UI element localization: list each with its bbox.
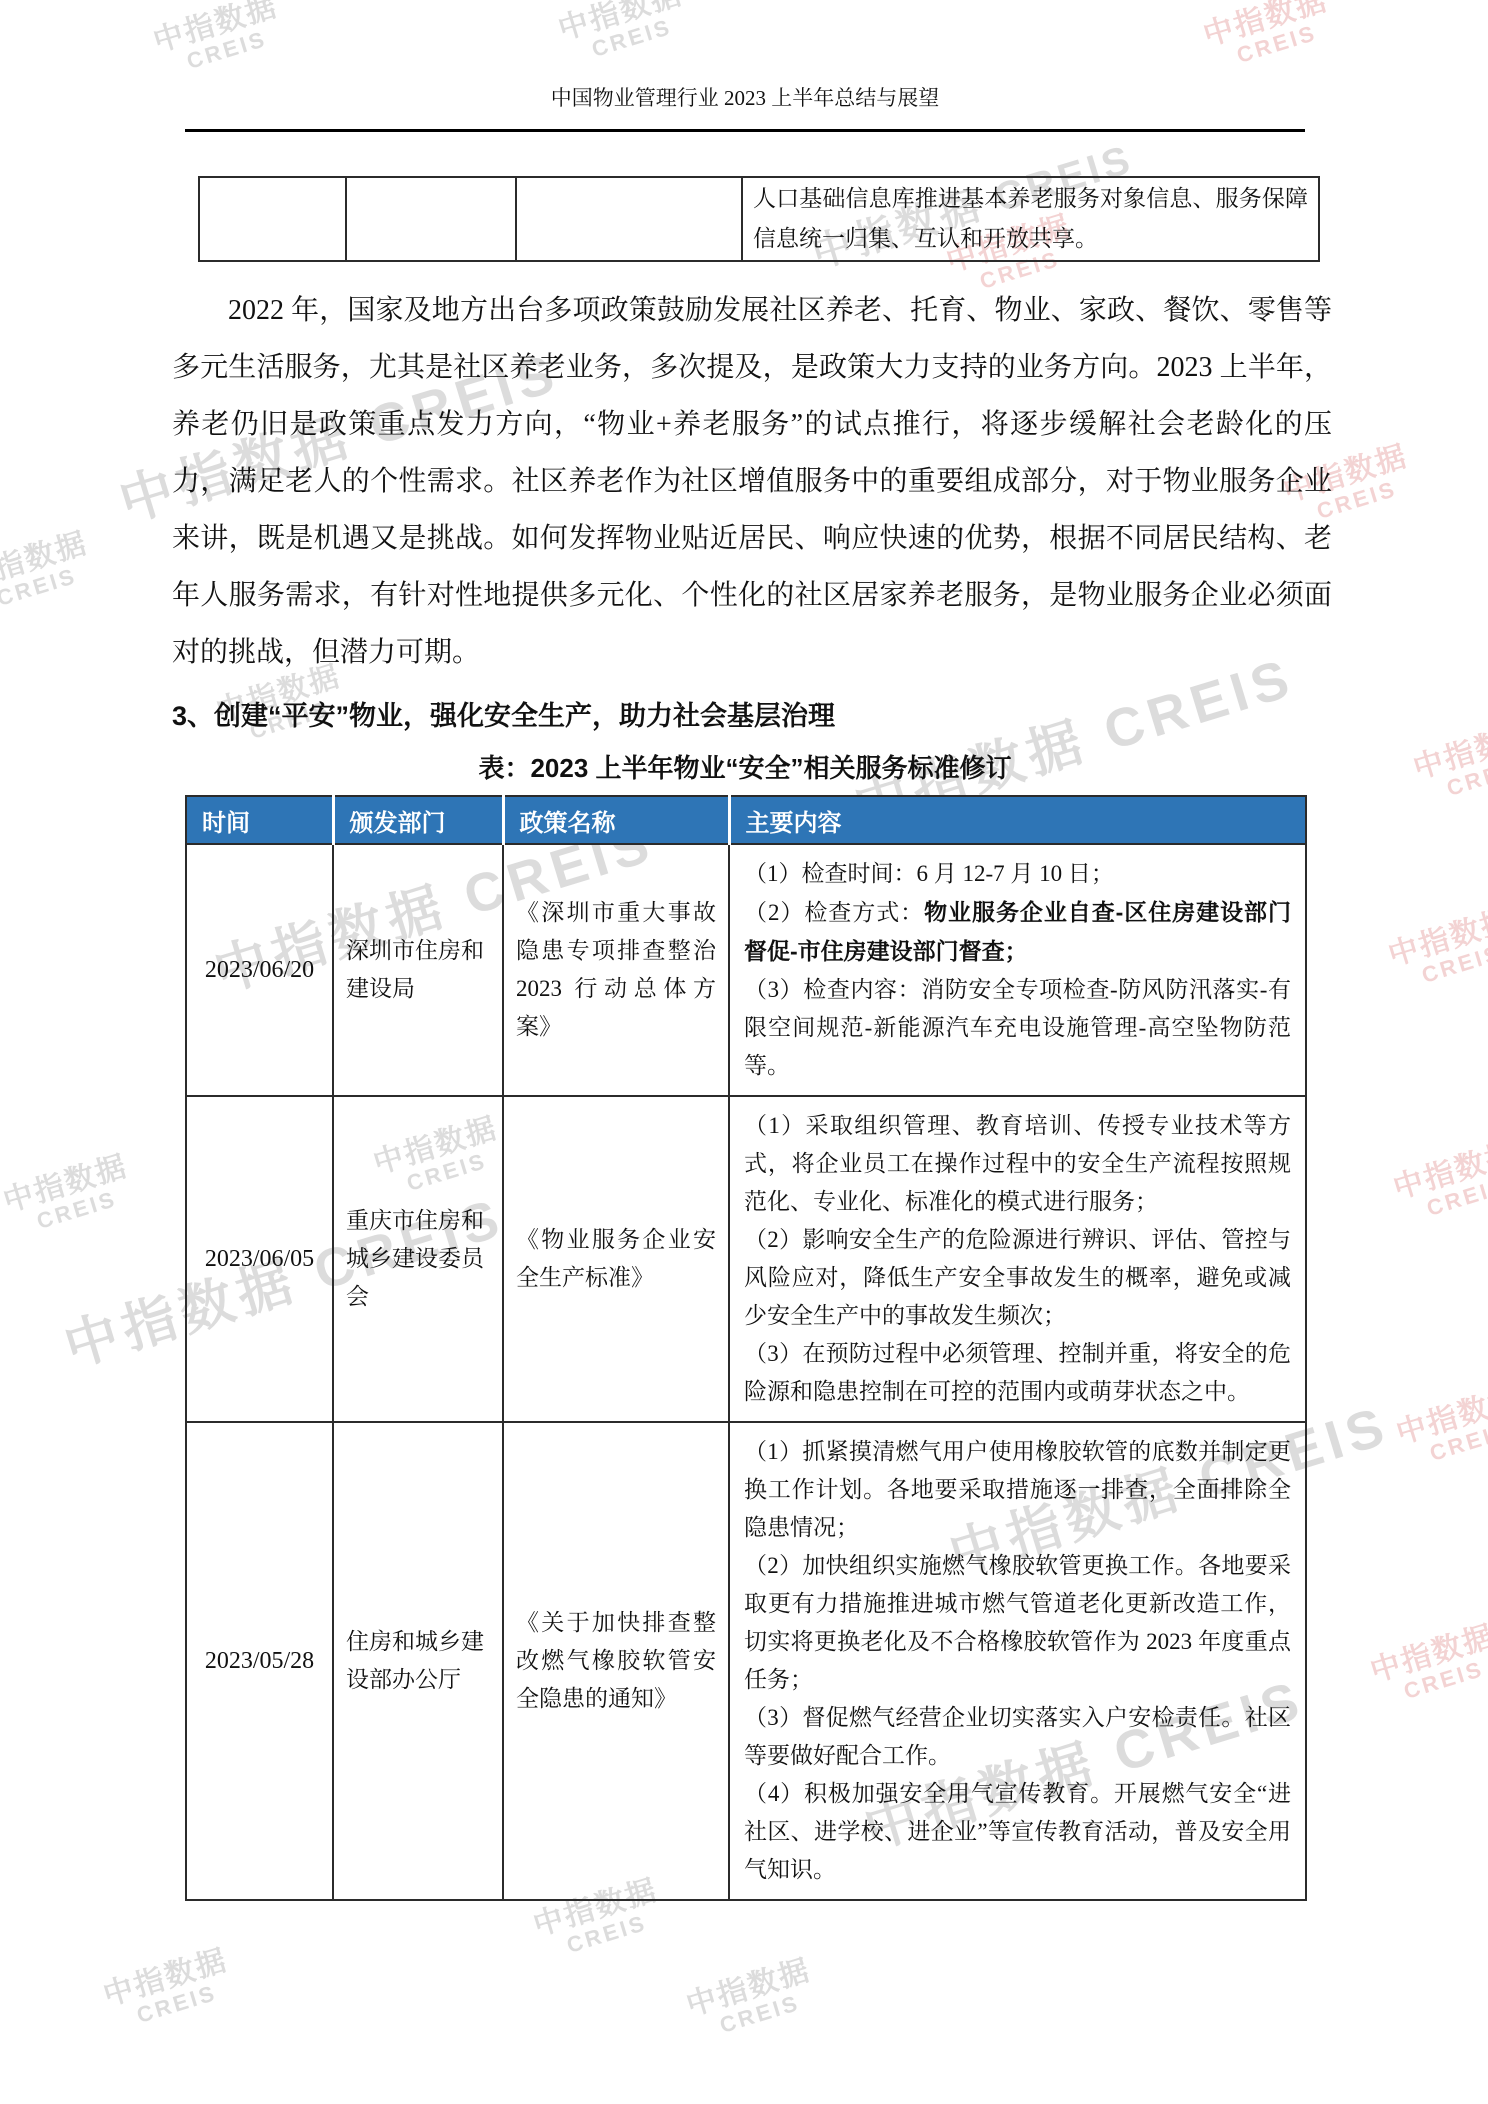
- policy-content-paragraph: （3）在预防过程中必须管理、控制并重，将安全的危险源和隐患控制在可控的范围内或萌…: [744, 1335, 1291, 1411]
- creis-watermark: 中指数据CREIS: [1393, 1382, 1488, 1472]
- creis-watermark: 中指数据CREIS: [1390, 1137, 1488, 1227]
- policy-table-header-row: 时间 颁发部门 政策名称 主要内容: [186, 796, 1306, 844]
- page-header-title: 中国物业管理行业 2023 上半年总结与展望: [185, 82, 1305, 112]
- policy-content-paragraph: （2）检查方式：物业服务企业自查-区住房建设部门督促-市住房建设部门督查；: [744, 893, 1291, 971]
- column-header-content: 主要内容: [729, 796, 1306, 844]
- creis-watermark: 中指数据CREIS: [0, 1150, 138, 1240]
- creis-watermark: 中指数据CREIS: [1367, 1620, 1488, 1710]
- carryover-cell-empty-3: [516, 177, 742, 261]
- policy-content-paragraph: （3）督促燃气经营企业切实落实入户安检责任。社区等要做好配合工作。: [744, 1699, 1291, 1775]
- creis-watermark: 中指数据CREIS: [1200, 0, 1338, 74]
- creis-watermark: 中指数据CREIS: [683, 1954, 821, 2044]
- body-paragraph: 2022 年，国家及地方出台多项政策鼓励发展社区养老、托育、物业、家政、餐饮、零…: [172, 282, 1332, 681]
- creis-watermark: 中指数据CREIS: [0, 527, 98, 617]
- policy-content-cell: （1）检查时间：6 月 12-7 月 10 日；（2）检查方式：物业服务企业自查…: [729, 844, 1306, 1096]
- column-header-policy: 政策名称: [503, 796, 729, 844]
- policy-content-paragraph: （1）抓紧摸清燃气用户使用橡胶软管的底数并制定更换工作计划。各地要采取措施逐一排…: [744, 1433, 1291, 1547]
- policy-name-cell: 《物业服务企业安全生产标准》: [503, 1096, 729, 1422]
- document-page: 中指数据CREIS中指数据CREIS中指数据CREIS中指数据 CREIS中指数…: [0, 0, 1488, 2104]
- carryover-table-row: 人口基础信息库推进基本养老服务对象信息、服务保障信息统一归集、互认和开放共享。: [199, 177, 1319, 261]
- creis-watermark: 中指数据CREIS: [150, 0, 288, 80]
- section-heading: 3、创建“平安”物业，强化安全生产，助力社会基层治理: [172, 694, 1332, 733]
- policy-table-row: 2023/06/05重庆市住房和城乡建设委员会《物业服务企业安全生产标准》（1）…: [186, 1096, 1306, 1422]
- policy-department-cell: 重庆市住房和城乡建设委员会: [333, 1096, 503, 1422]
- policy-content-paragraph: （4）积极加强安全用气宣传教育。开展燃气安全“进社区、进学校、进企业”等宣传教育…: [744, 1775, 1291, 1889]
- carryover-cell-empty-2: [346, 177, 516, 261]
- creis-watermark: 中指数据CREIS: [1410, 717, 1488, 807]
- policy-content-paragraph: （2）影响安全生产的危险源进行辨识、评估、管控与风险应对，降低生产安全事故发生的…: [744, 1221, 1291, 1335]
- column-header-department: 颁发部门: [333, 796, 503, 844]
- policy-department-cell: 深圳市住房和建设局: [333, 844, 503, 1096]
- creis-watermark: 中指数据CREIS: [1385, 904, 1488, 994]
- policy-table: 时间 颁发部门 政策名称 主要内容 2023/06/20深圳市住房和建设局《深圳…: [185, 795, 1307, 1901]
- policy-department-cell: 住房和城乡建设部办公厅: [333, 1422, 503, 1900]
- carryover-cell-empty-1: [199, 177, 346, 261]
- creis-watermark: 中指数据CREIS: [555, 0, 693, 68]
- policy-date-cell: 2023/06/05: [186, 1096, 333, 1422]
- policy-content-cell: （1）抓紧摸清燃气用户使用橡胶软管的底数并制定更换工作计划。各地要采取措施逐一排…: [729, 1422, 1306, 1900]
- header-rule: [185, 129, 1305, 132]
- policy-date-cell: 2023/06/20: [186, 844, 333, 1096]
- policy-table-row: 2023/06/20深圳市住房和建设局《深圳市重大事故隐患专项排查整治 2023…: [186, 844, 1306, 1096]
- policy-table-body: 2023/06/20深圳市住房和建设局《深圳市重大事故隐患专项排查整治 2023…: [186, 844, 1306, 1900]
- policy-table-caption: 表：2023 上半年物业“安全”相关服务标准修订: [185, 748, 1305, 785]
- policy-name-cell: 《深圳市重大事故隐患专项排查整治 2023 行动总体方案》: [503, 844, 729, 1096]
- creis-watermark: 中指数据CREIS: [100, 1944, 238, 2034]
- column-header-date: 时间: [186, 796, 333, 844]
- carryover-cell-content: 人口基础信息库推进基本养老服务对象信息、服务保障信息统一归集、互认和开放共享。: [742, 177, 1319, 261]
- policy-table-row: 2023/05/28住房和城乡建设部办公厅《关于加快排查整改燃气橡胶软管安全隐患…: [186, 1422, 1306, 1900]
- policy-date-cell: 2023/05/28: [186, 1422, 333, 1900]
- policy-content-paragraph: （1）采取组织管理、教育培训、传授专业技术等方式，将企业员工在操作过程中的安全生…: [744, 1107, 1291, 1221]
- policy-name-cell: 《关于加快排查整改燃气橡胶软管安全隐患的通知》: [503, 1422, 729, 1900]
- policy-content-paragraph: （2）加快组织实施燃气橡胶软管更换工作。各地要采取更有力措施推进城市燃气管道老化…: [744, 1547, 1291, 1699]
- policy-content-paragraph: （3）检查内容：消防安全专项检查-防风防汛落实-有限空间规范-新能源汽车充电设施…: [744, 971, 1291, 1085]
- policy-content-cell: （1）采取组织管理、教育培训、传授专业技术等方式，将企业员工在操作过程中的安全生…: [729, 1096, 1306, 1422]
- carryover-table: 人口基础信息库推进基本养老服务对象信息、服务保障信息统一归集、互认和开放共享。: [198, 176, 1320, 262]
- policy-content-paragraph: （1）检查时间：6 月 12-7 月 10 日；: [744, 855, 1291, 893]
